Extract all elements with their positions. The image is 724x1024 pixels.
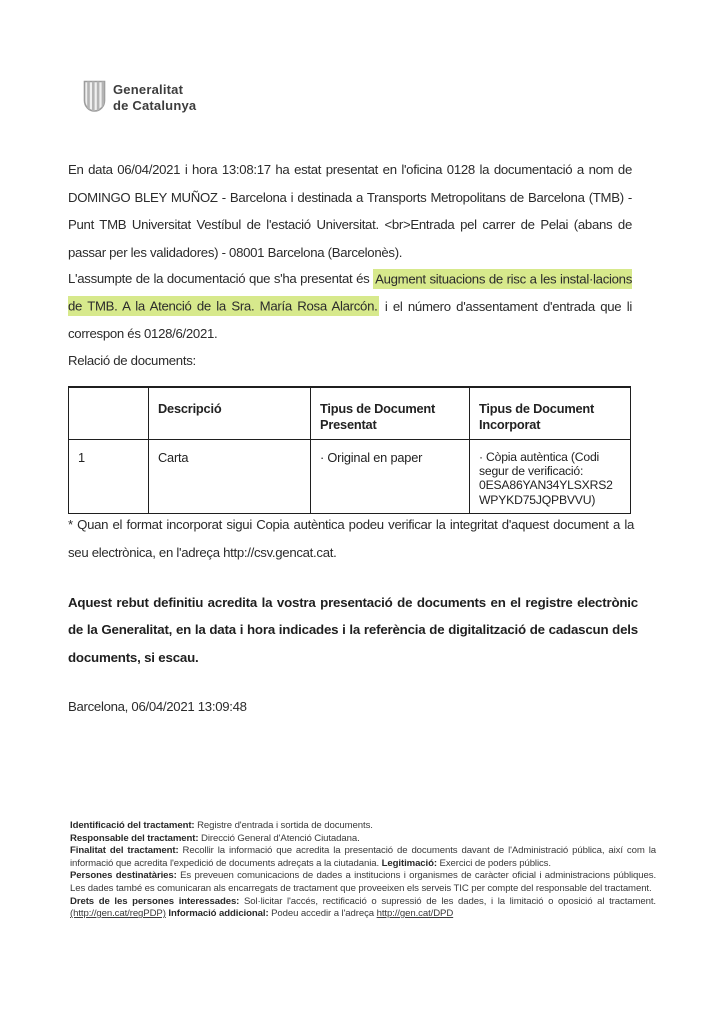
documents-table-header: Descripció Tipus de Document Presentat T… [69,387,631,440]
cell-incorporat: · Còpia autèntica (Codi segur de verific… [470,440,631,514]
privacy-text: Registre d'entrada i sortida de document… [195,820,373,831]
cell-descripcio: Carta [149,440,311,514]
header-num [69,387,149,440]
privacy-label: Responsable del tractament: [70,833,198,844]
privacy-label: Identificació del tractament: [70,820,195,831]
privacy-label-legitimacio: Legitimació: [382,858,437,869]
cell-presentat: · Original en paper [311,440,470,514]
privacy-label: Persones destinatàries: [70,870,177,881]
privacy-item-finalitat: Finalitat del tractament: Recollir la in… [70,845,656,870]
table-row: 1 Carta · Original en paper · Còpia autè… [69,440,631,514]
verification-footnote: * Quan el format incorporat sigui Copia … [68,511,634,566]
scanned-receipt-document: Generalitat de Catalunya En data 06/04/2… [0,0,724,1024]
subject-prefix: L'assumpte de la documentació que s'ha p… [68,271,373,286]
logo-line1: Generalitat [113,82,196,98]
privacy-text: Direcció General d'Atenció Ciutadana. [198,833,359,844]
privacy-text: Sol·licitar l'accés, rectificació o supr… [239,896,656,907]
privacy-item-drets: Drets de les persones interessades: Sol·… [70,896,656,921]
generalitat-logo: Generalitat de Catalunya [83,80,196,114]
privacy-item-responsable: Responsable del tractament: Direcció Gen… [70,833,656,846]
receipt-statement: Aquest rebut definitiu acredita la vostr… [68,589,638,671]
privacy-item-destinataries: Persones destinatàries: Es preveuen comu… [70,870,656,895]
regpdp-link[interactable]: (http://gen.cat/regPDP) [70,908,166,919]
logo-line2: de Catalunya [113,98,196,114]
documents-table: Descripció Tipus de Document Presentat T… [68,386,631,514]
privacy-item-identificacio: Identificació del tractament: Registre d… [70,820,656,833]
privacy-label-informacio: Informació addicional: [166,908,269,919]
documents-list-label: Relació de documents: [68,353,196,368]
header-presentat: Tipus de Document Presentat [311,387,470,440]
privacy-text: Exercici de poders públics. [437,858,551,869]
dpd-link[interactable]: http://gen.cat/DPD [377,908,454,919]
intro-paragraph: En data 06/04/2021 i hora 13:08:17 ha es… [68,156,632,266]
logo-wordmark: Generalitat de Catalunya [113,80,196,114]
privacy-label: Finalitat del tractament: [70,845,179,856]
place-dateline: Barcelona, 06/04/2021 13:09:48 [68,699,247,714]
privacy-label: Drets de les persones interessades: [70,896,239,907]
privacy-text: Podeu accedir a l'adreça [269,908,377,919]
subject-paragraph: L'assumpte de la documentació que s'ha p… [68,265,632,348]
cell-row-number: 1 [69,440,149,514]
privacy-fineprint: Identificació del tractament: Registre d… [70,820,656,921]
header-incorporat: Tipus de Document Incorporat [470,387,631,440]
header-descripcio: Descripció [149,387,311,440]
senyera-shield-icon [83,80,106,113]
